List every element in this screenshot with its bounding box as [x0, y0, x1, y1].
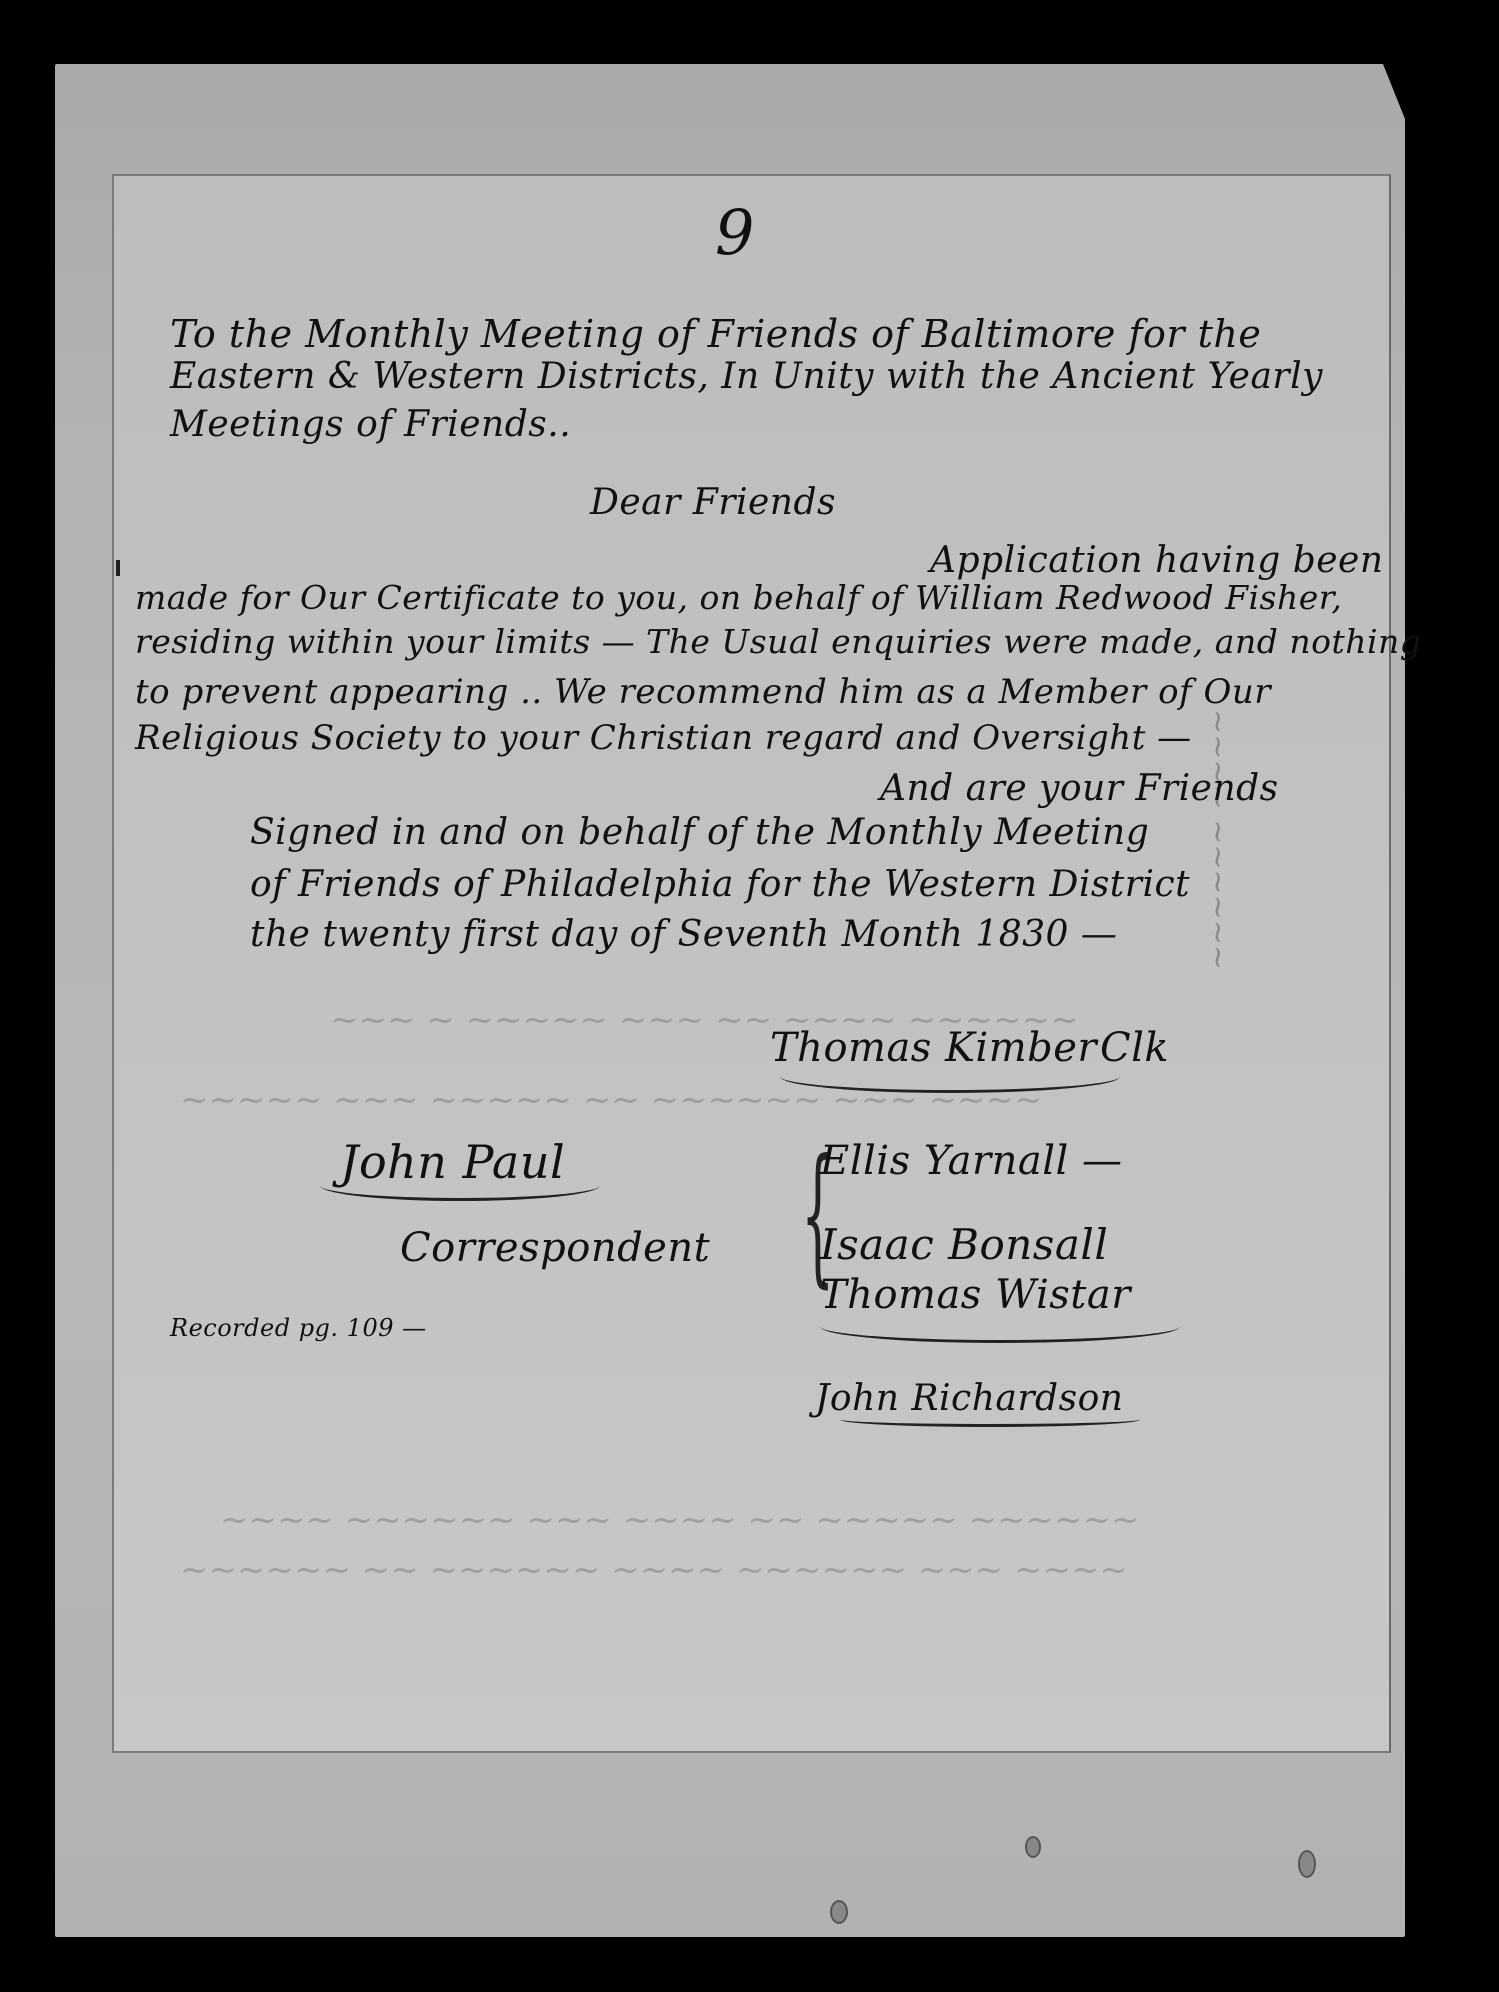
signatory-1: Ellis Yarnall —: [820, 1138, 1123, 1184]
body-line-2: made for Our Certificate to you, on beha…: [135, 578, 1342, 617]
body-line-4: to prevent appearing .. We recommend him…: [135, 672, 1271, 712]
body-line-5: Religious Society to your Christian rega…: [135, 718, 1192, 758]
address-line-2: Eastern & Western Districts, In Unity wi…: [170, 356, 1323, 397]
margin-mark: [116, 560, 120, 576]
bleed-through-text: ~~~~~~ ~~ ~~~~~~ ~~~~ ~~~~~~ ~~~ ~~~~: [180, 1550, 1128, 1590]
signing-line-3: the twenty first day of Seventh Month 18…: [250, 914, 1117, 955]
body-closing: And are your Friends: [880, 768, 1279, 809]
bleed-through-text: ~~~~ ~~~~~~ ~~~ ~~~~ ~~ ~~~~~ ~~~~~~: [220, 1500, 1140, 1540]
correspondent-title: Correspondent: [400, 1225, 710, 1271]
page-number: 9: [715, 196, 755, 269]
correspondent-flourish: [320, 1170, 600, 1201]
signatory-3-flourish: [820, 1310, 1180, 1343]
recorded-note: Recorded pg. 109 —: [170, 1314, 427, 1342]
paper-spot: [1025, 1836, 1041, 1858]
signatory-4-flourish: [840, 1412, 1140, 1427]
signing-line-2: of Friends of Philadelphia for the Weste…: [250, 864, 1190, 905]
body-line-3: residing within your limits — The Usual …: [135, 622, 1421, 661]
greeting: Dear Friends: [590, 482, 836, 523]
paper-spot: [830, 1900, 848, 1924]
paper-spot: [1298, 1850, 1316, 1878]
signatory-2: Isaac Bonsall: [820, 1220, 1108, 1269]
clerk-signature-flourish: [780, 1060, 1120, 1093]
margin-annotation-stamp: ~~~~~~ ~~~~: [1200, 700, 1330, 970]
address-line-1: To the Monthly Meeting of Friends of Bal…: [170, 312, 1261, 356]
body-line-1: Application having been: [930, 540, 1384, 581]
signing-line-1: Signed in and on behalf of the Monthly M…: [250, 812, 1149, 853]
address-line-3: Meetings of Friends..: [170, 404, 571, 445]
